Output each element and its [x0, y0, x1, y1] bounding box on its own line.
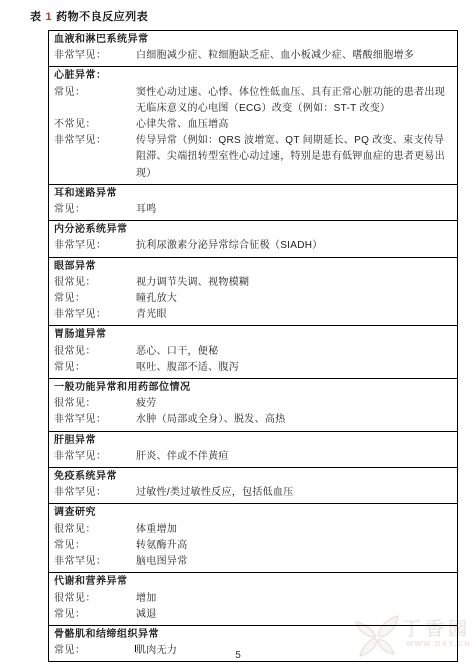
section-header: 心脏异常：: [49, 68, 457, 84]
frequency-label: 常见：: [49, 607, 136, 623]
table-row: 常见：窦性心动过速、心悸、体位性低血压、具有正常心脏功能的患者出现无临床意义的心…: [49, 85, 457, 117]
table-title: 表1药物不良反应列表: [30, 8, 148, 24]
reaction-text: 抗利尿激素分泌异常综合征极（SIADH）: [136, 238, 457, 254]
table-row: 不常见：心律失常、血压增高: [49, 117, 457, 133]
frequency-label: 非常罕见：: [49, 238, 136, 254]
reaction-text: 增加: [136, 591, 457, 607]
table-row: 非常罕见：青光眼: [49, 307, 457, 323]
table-row: 非常罕见：抗利尿激素分泌异常综合征极（SIADH）: [49, 238, 457, 254]
table-section: 调查研究很常见：体重增加常见：转氨酶升高非常罕见：脑电图异常: [49, 504, 457, 573]
table-section: 眼部异常很常见：视力调节失调、视物模糊常见：瞳孔放大非常罕见：青光眼: [49, 258, 457, 327]
reaction-text: 瞳孔放大: [136, 291, 457, 307]
section-header: 肝胆异常: [49, 433, 457, 449]
table-title-text: 药物不良反应列表: [56, 11, 148, 23]
reaction-text: 转氨酶升高: [136, 538, 457, 554]
reaction-text: 减退: [136, 607, 457, 623]
reaction-text: 视力调节失调、视物模糊: [136, 275, 457, 291]
reaction-text: 传导异常（例如：QRS 波增宽、QT 间期延长、PQ 改变、束支传导阻滞、尖端扭…: [136, 133, 457, 182]
table-row: 常见：瞳孔放大: [49, 291, 457, 307]
table-section: 内分泌系统异常非常罕见：抗利尿激素分泌异常综合征极（SIADH）: [49, 221, 457, 257]
frequency-label: 很常见：: [49, 344, 136, 360]
table-row: 非常罕见：水肿（局部或全身）、脱发、高热: [49, 412, 457, 428]
section-header: 骨骼肌和结缔组织异常: [49, 627, 457, 643]
table-section: 血液和淋巴系统异常非常罕见：白细胞减少症、粒细胞缺乏症、血小板减少症、嗜酸细胞增…: [49, 31, 457, 67]
table-row: 非常罕见：过敏性/类过敏性反应，包括低血压: [49, 485, 457, 501]
table-row: 常见：减退: [49, 607, 457, 623]
table-section: 胃肠道异常很常见：恶心、口干，便秘常见：呕吐、腹部不适、腹泻: [49, 326, 457, 379]
frequency-label: 常见：: [49, 202, 136, 218]
frequency-label: 常见：: [49, 538, 136, 554]
reaction-text: 心律失常、血压增高: [136, 117, 457, 133]
reaction-text: 白细胞减少症、粒细胞缺乏症、血小板减少症、嗜酸细胞增多: [136, 48, 457, 64]
table-row: 非常罕见：传导异常（例如：QRS 波增宽、QT 间期延长、PQ 改变、束支传导阻…: [49, 133, 457, 182]
reaction-text: 窦性心动过速、心悸、体位性低血压、具有正常心脏功能的患者出现无临床意义的心电图（…: [136, 85, 457, 117]
table-row: 很常见：视力调节失调、视物模糊: [49, 275, 457, 291]
section-header: 一般功能异常和用药部位情况: [49, 380, 457, 396]
table-section: 一般功能异常和用药部位情况很常见：疲劳非常罕见：水肿（局部或全身）、脱发、高热: [49, 379, 457, 432]
table-row: 很常见：恶心、口干，便秘: [49, 344, 457, 360]
section-header: 代谢和营养异常: [49, 574, 457, 590]
table-row: 非常罕见：脑电图异常: [49, 554, 457, 570]
reaction-text: 过敏性/类过敏性反应，包括低血压: [136, 485, 457, 501]
table-row: 很常见：体重增加: [49, 522, 457, 538]
adr-table: 血液和淋巴系统异常非常罕见：白细胞减少症、粒细胞缺乏症、血小板减少症、嗜酸细胞增…: [48, 30, 458, 662]
frequency-label: 非常罕见：: [49, 554, 136, 570]
section-header: 免疫系统异常: [49, 469, 457, 485]
frequency-label: 非常罕见：: [49, 449, 136, 465]
table-row: 很常见：增加: [49, 591, 457, 607]
frequency-label: 非常罕见：: [49, 485, 136, 501]
reaction-text: 体重增加: [136, 522, 457, 538]
table-row: 很常见：疲劳: [49, 396, 457, 412]
table-row: 常见：耳鸣: [49, 202, 457, 218]
frequency-label: 非常罕见：: [49, 133, 136, 149]
frequency-label: 很常见：: [49, 396, 136, 412]
frequency-label: 不常见：: [49, 117, 136, 133]
table-title-prefix: 表: [30, 11, 42, 23]
table-row: 常见：转氨酶升高: [49, 538, 457, 554]
frequency-label: 很常见：: [49, 522, 136, 538]
section-header: 血液和淋巴系统异常: [49, 32, 457, 48]
reaction-text: 水肿（局部或全身）、脱发、高热: [136, 412, 457, 428]
table-section: 免疫系统异常非常罕见：过敏性/类过敏性反应，包括低血压: [49, 468, 457, 504]
table-row: 非常罕见：白细胞减少症、粒细胞缺乏症、血小板减少症、嗜酸细胞增多: [49, 48, 457, 64]
section-header: 耳和迷路异常: [49, 186, 457, 202]
reaction-text: 疲劳: [136, 396, 457, 412]
frequency-label: 非常罕见：: [49, 307, 136, 323]
reaction-text: 脑电图异常: [136, 554, 457, 570]
section-header: 眼部异常: [49, 259, 457, 275]
reaction-text: 恶心、口干，便秘: [136, 344, 457, 360]
reaction-text: 耳鸣: [136, 202, 457, 218]
frequency-label: 常见：: [49, 85, 136, 101]
section-header: 内分泌系统异常: [49, 222, 457, 238]
table-section: 代谢和营养异常很常见：增加常见：减退: [49, 573, 457, 626]
section-header: 调查研究: [49, 505, 457, 521]
table-section: 耳和迷路异常常见：耳鸣: [49, 185, 457, 221]
reaction-text: 青光眼: [136, 307, 457, 323]
table-title-number: 1: [46, 11, 53, 23]
table-section: 心脏异常：常见：窦性心动过速、心悸、体位性低血压、具有正常心脏功能的患者出现无临…: [49, 67, 457, 184]
page-number: 5: [0, 650, 476, 661]
frequency-label: 常见：: [49, 291, 136, 307]
frequency-label: 非常罕见：: [49, 48, 136, 64]
table-row: 非常罕见：肝炎、伴或不伴黄疸: [49, 449, 457, 465]
frequency-label: 非常罕见：: [49, 412, 136, 428]
frequency-label: 常见：: [49, 360, 136, 376]
section-header: 胃肠道异常: [49, 327, 457, 343]
frequency-label: 很常见：: [49, 591, 136, 607]
frequency-label: 很常见：: [49, 275, 136, 291]
table-section: 肝胆异常非常罕见：肝炎、伴或不伴黄疸: [49, 432, 457, 468]
table-row: 常见：呕吐、腹部不适、腹泻: [49, 360, 457, 376]
reaction-text: 肝炎、伴或不伴黄疸: [136, 449, 457, 465]
reaction-text: 呕吐、腹部不适、腹泻: [136, 360, 457, 376]
